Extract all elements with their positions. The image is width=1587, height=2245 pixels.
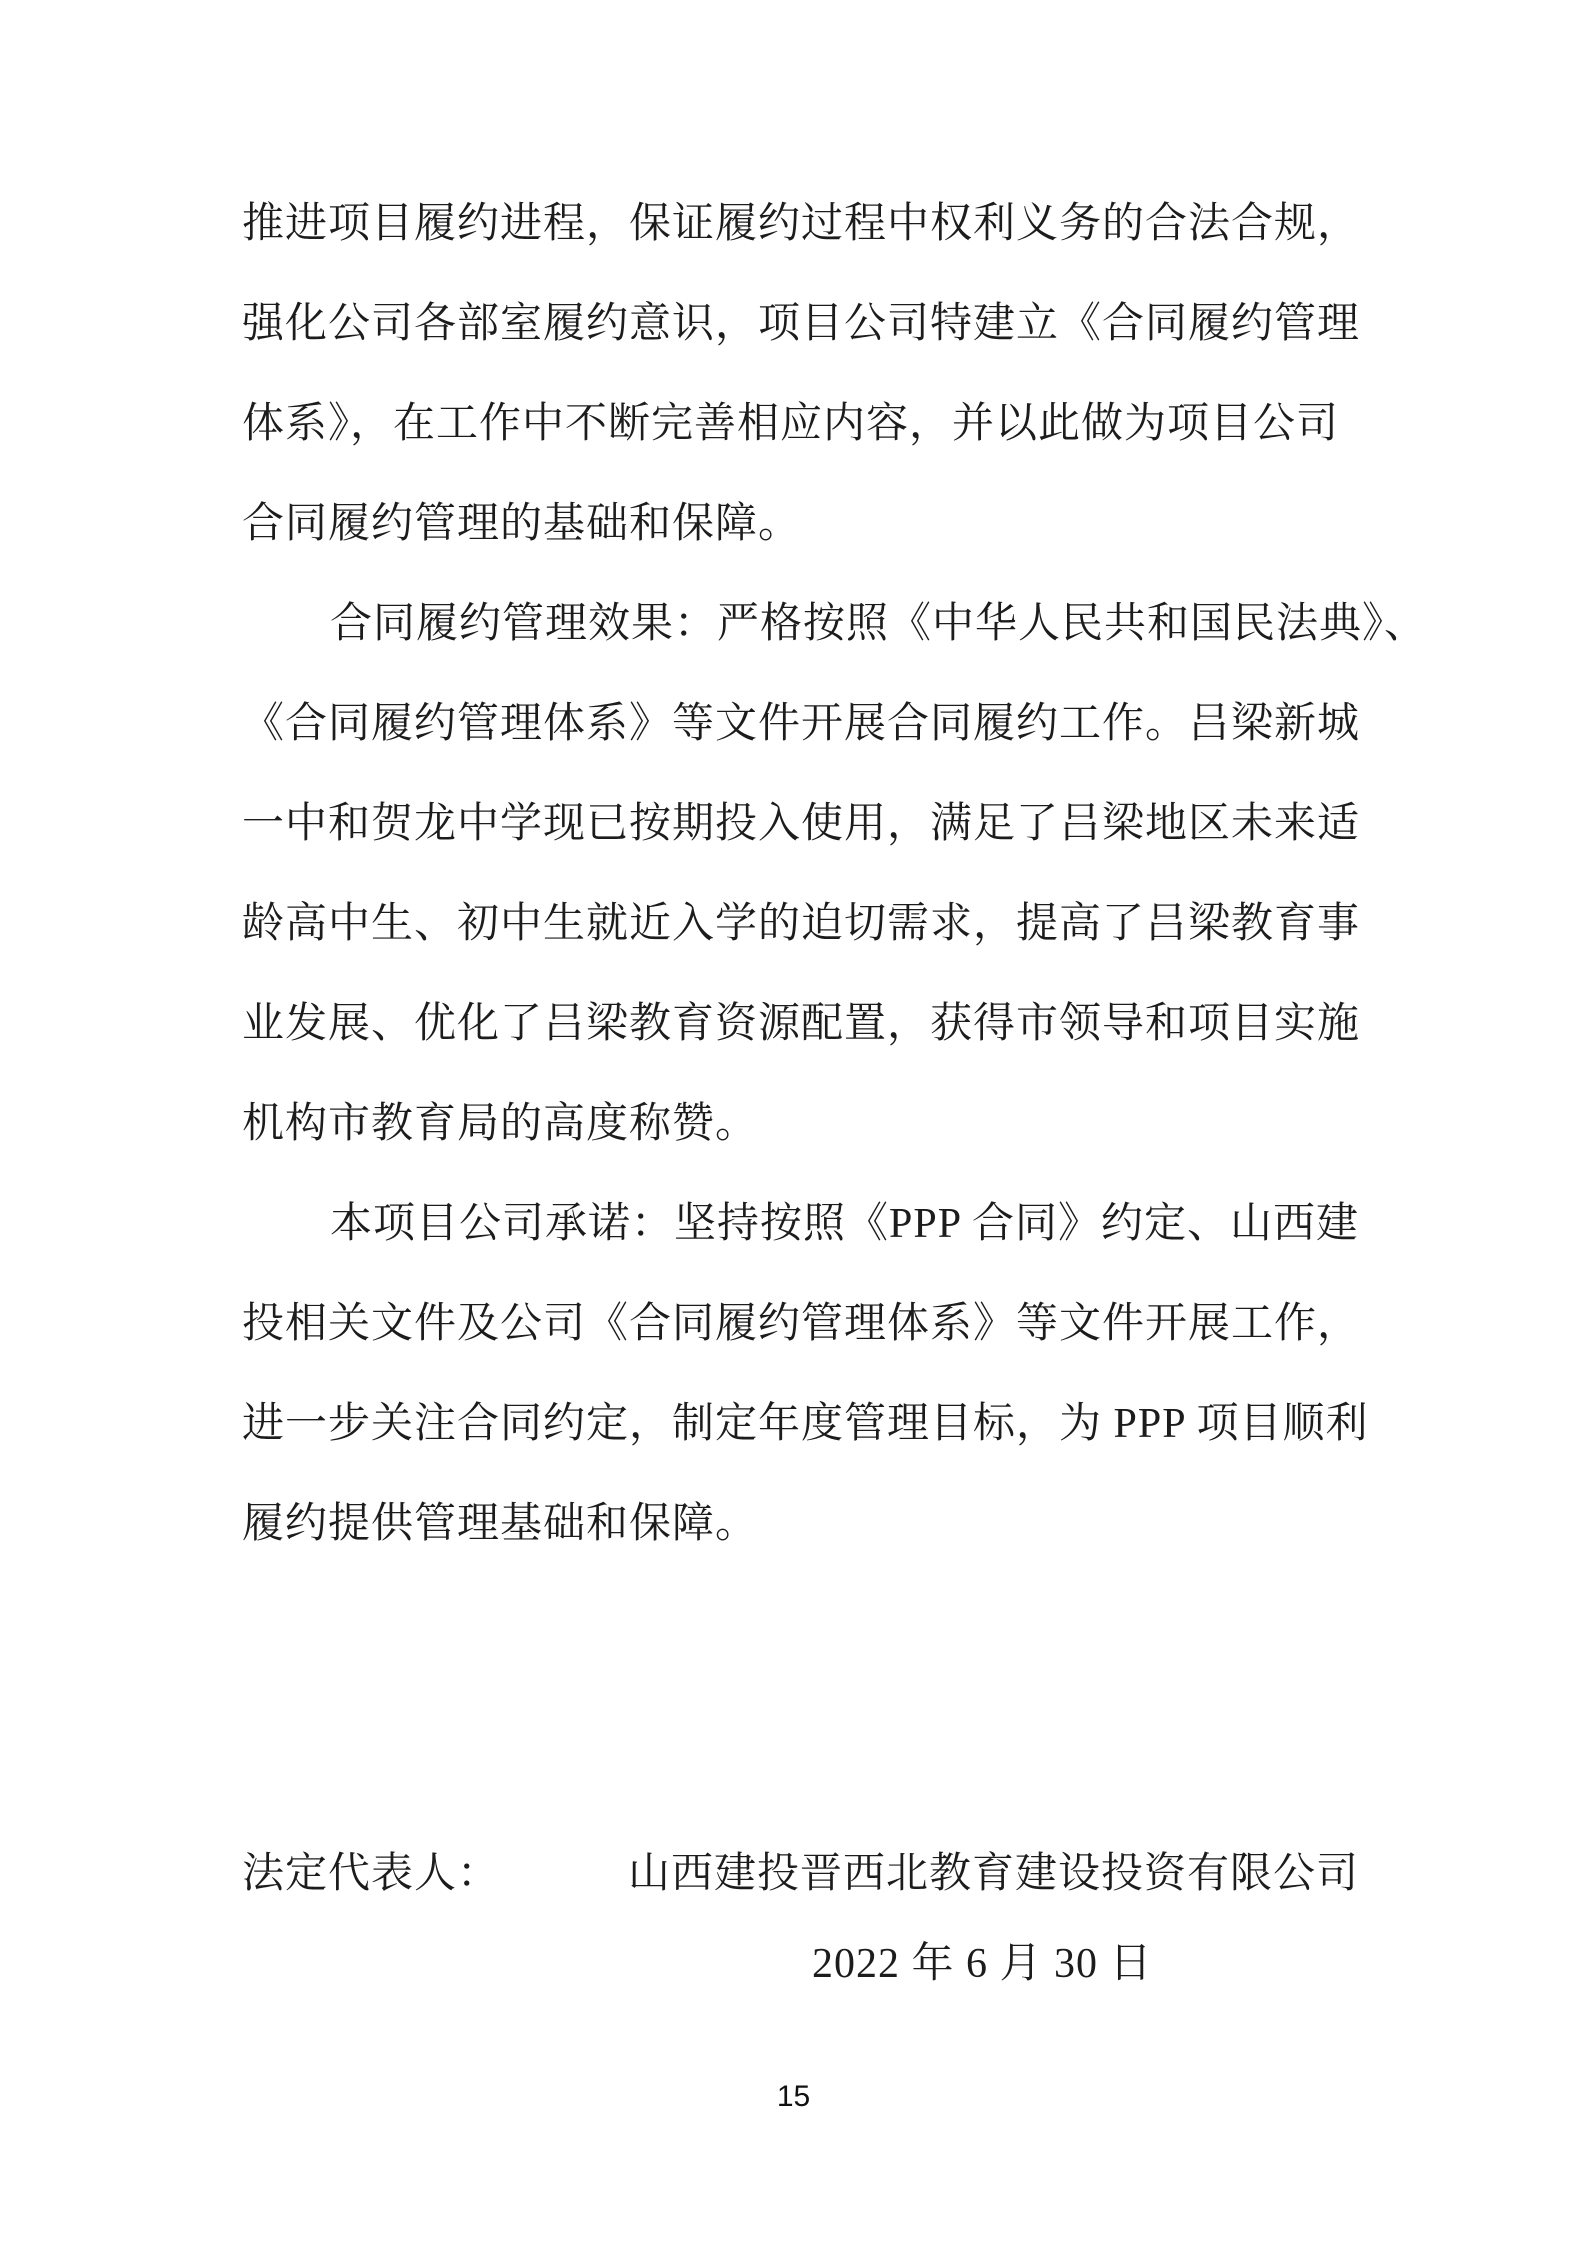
text-line: 推进项目履约进程，保证履约过程中权利义务的合法合规，: [242, 174, 1372, 274]
text-line: 投相关文件及公司《合同履约管理体系》等文件开展工作，: [242, 1274, 1372, 1374]
text-line: 机构市教育局的高度称赞。: [242, 1074, 1372, 1174]
text-line: 体系》，在工作中不断完善相应内容，并以此做为项目公司: [242, 374, 1372, 474]
page: { "page": { "number": "15", "background_…: [0, 0, 1587, 2245]
text-line: 合同履约管理效果：严格按照《中华人民共和国民法典》、: [242, 574, 1372, 674]
legal-representative-label: 法定代表人：: [242, 1840, 500, 1900]
text-line: 进一步关注合同约定，制定年度管理目标，为 PPP 项目顺利: [242, 1374, 1372, 1474]
document-body: 推进项目履约进程，保证履约过程中权利义务的合法合规，强化公司各部室履约意识，项目…: [242, 174, 1372, 1574]
text-line: 强化公司各部室履约意识，项目公司特建立《合同履约管理: [242, 274, 1372, 374]
page-number-footer: 15: [0, 2080, 1587, 2114]
text-line: 《合同履约管理体系》等文件开展合同履约工作。吕梁新城: [242, 674, 1372, 774]
text-line: 一中和贺龙中学现已按期投入使用，满足了吕梁地区未来适: [242, 774, 1372, 874]
text-line: 合同履约管理的基础和保障。: [242, 474, 1372, 574]
text-line: 履约提供管理基础和保障。: [242, 1474, 1372, 1574]
text-line: 龄高中生、初中生就近入学的迫切需求，提高了吕梁教育事: [242, 874, 1372, 974]
text-line: 业发展、优化了吕梁教育资源配置，获得市领导和项目实施: [242, 974, 1372, 1074]
text-line: 本项目公司承诺：坚持按照《PPP 合同》约定、山西建: [242, 1174, 1372, 1274]
signature-date: 2022 年 6 月 30 日: [812, 1930, 1153, 1990]
company-name: 山西建投晋西北教育建设投资有限公司: [628, 1840, 1359, 1900]
